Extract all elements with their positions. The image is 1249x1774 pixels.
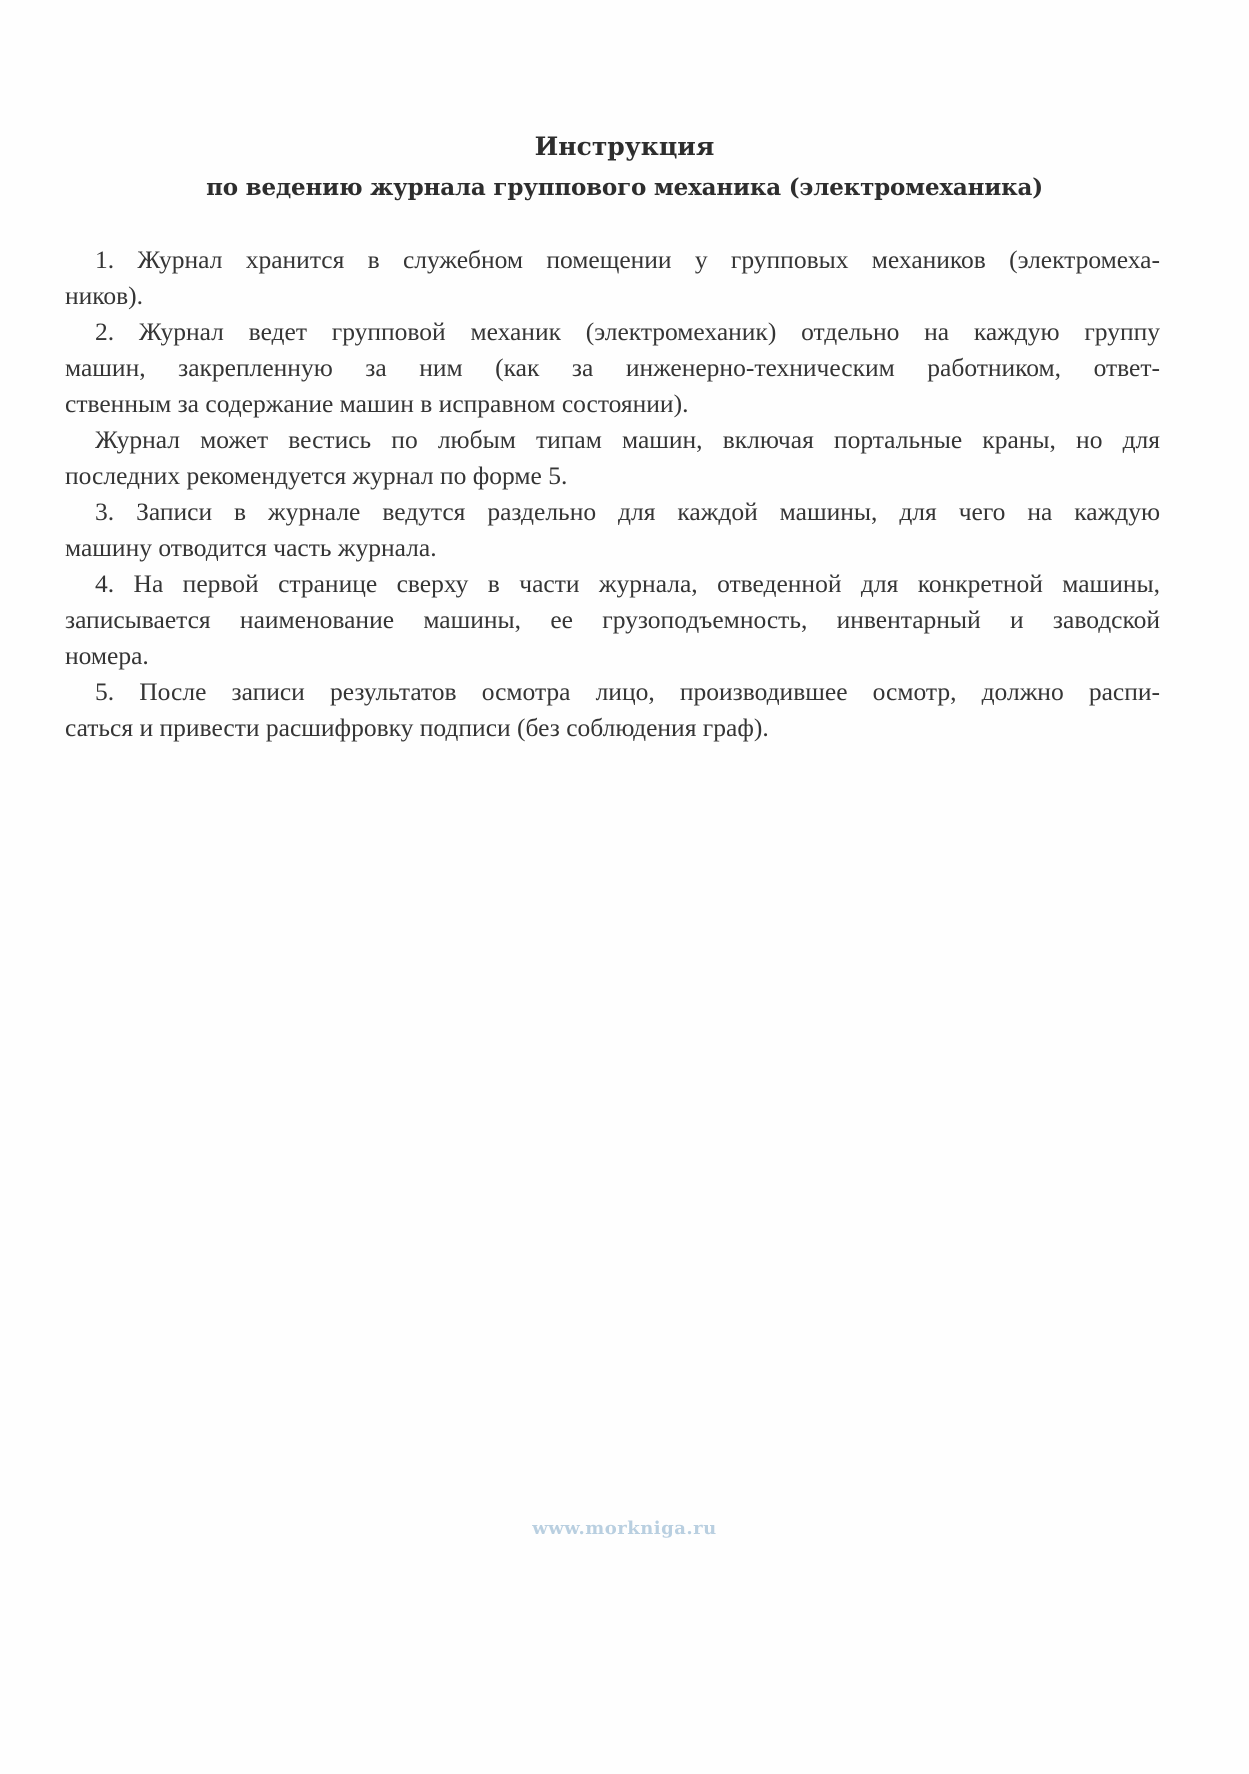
watermark-link: www.morkniga.ru [0, 1518, 1249, 1539]
text-line: ственным за содержание машин в исправном… [65, 386, 1160, 422]
text-line: номера. [65, 638, 1160, 674]
text-line: ников). [65, 278, 1160, 314]
text-line: 3. Записи в журнале ведутся раздельно дл… [65, 494, 1160, 530]
text-line: машину отводится часть журнала. [65, 530, 1160, 566]
text-line: саться и привести расшифровку подписи (б… [65, 710, 1160, 746]
text-line: 1. Журнал хранится в служебном помещении… [65, 242, 1160, 278]
text-line: записывается наименование машины, ее гру… [65, 602, 1160, 638]
document-title: Инструкция [0, 132, 1249, 161]
instruction-body: 1. Журнал хранится в служебном помещении… [65, 242, 1160, 746]
text-line: 4. На первой странице сверху в части жур… [65, 566, 1160, 602]
text-line: 2. Журнал ведет групповой механик (элект… [65, 314, 1160, 350]
text-line: Журнал может вестись по любым типам маши… [65, 422, 1160, 458]
text-line: машин, закрепленную за ним (как за инжен… [65, 350, 1160, 386]
document-subtitle: по ведению журнала группового механика (… [0, 174, 1249, 201]
document-page: Инструкция по ведению журнала группового… [0, 0, 1249, 1774]
text-line: последних рекомендуется журнал по форме … [65, 458, 1160, 494]
text-line: 5. После записи результатов осмотра лицо… [65, 674, 1160, 710]
